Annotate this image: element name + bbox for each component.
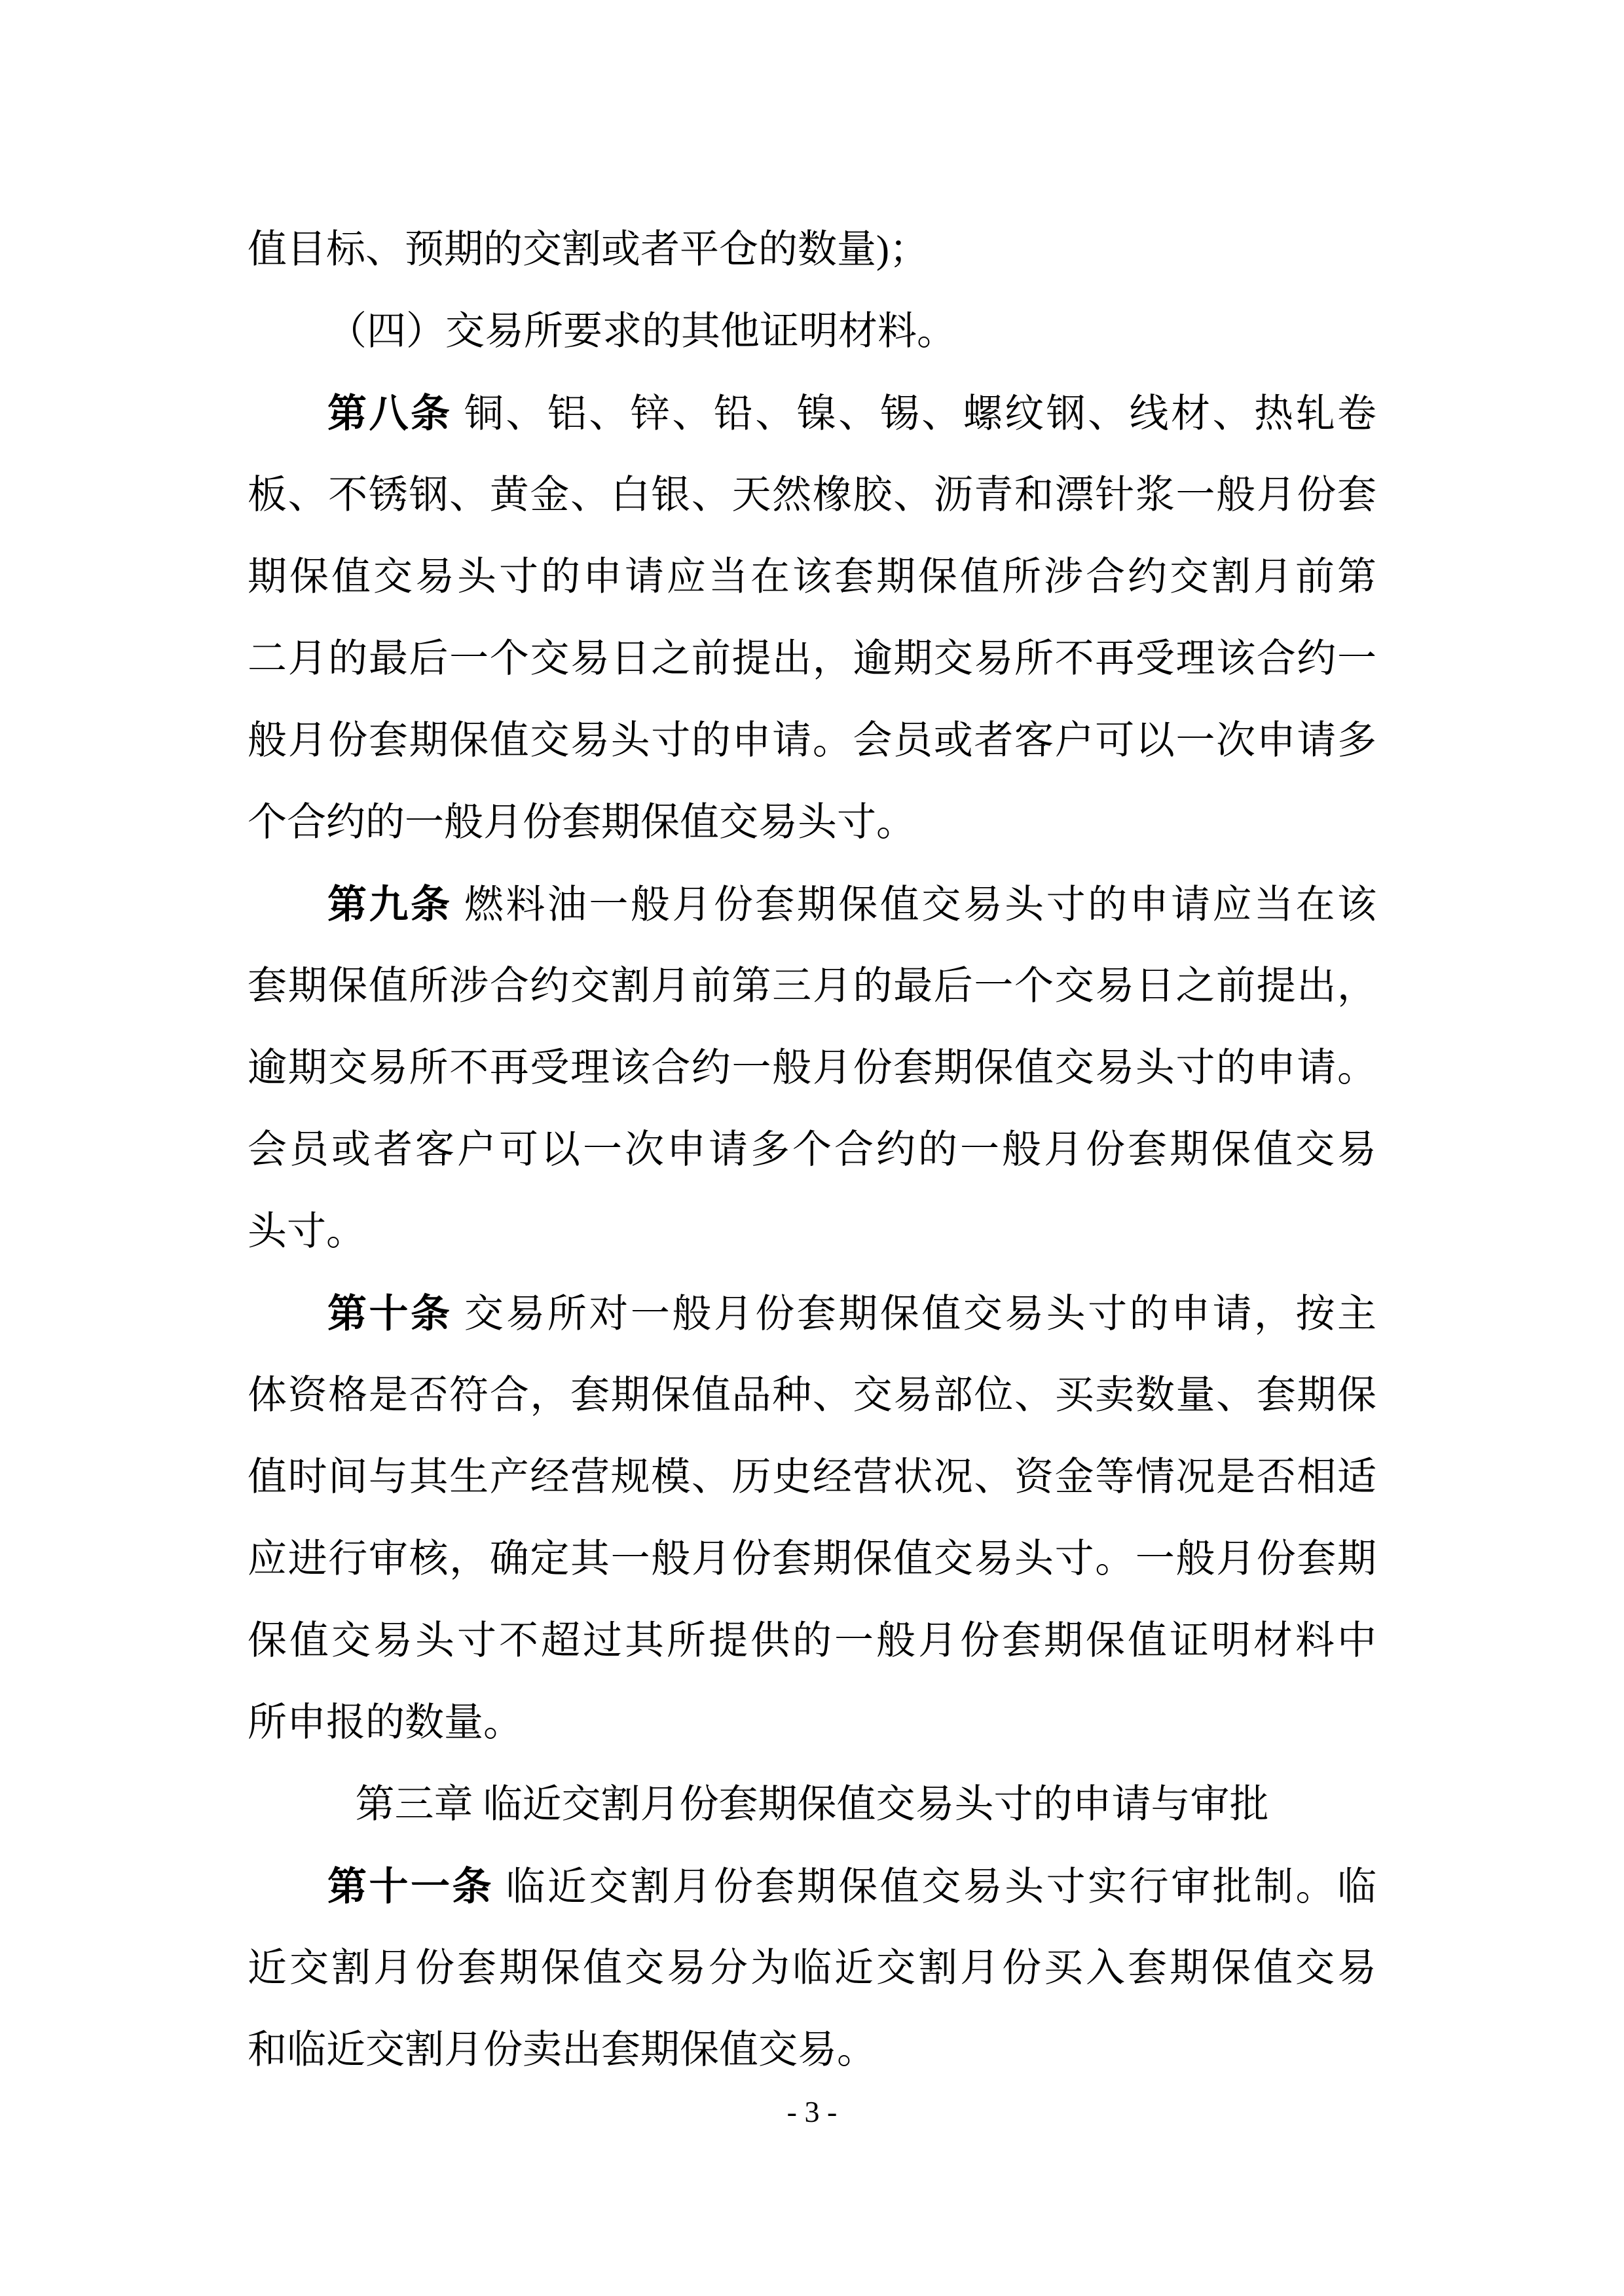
line-text: （四）交易所要求的其他证明材料。	[327, 310, 956, 353]
line-text: 般月份套期保值交易头寸的申请。会员或者客户可以一次申请多	[248, 719, 1376, 762]
text-line: 第三章 临近交割月份套期保值交易头寸的申请与审批	[248, 1764, 1376, 1846]
text-line: 近交割月份套期保值交易分为临近交割月份买入套期保值交易	[248, 1927, 1376, 2009]
line-text: 值时间与其生产经营规模、历史经营状况、资金等情况是否相适	[248, 1455, 1376, 1499]
line-text: 近交割月份套期保值交易分为临近交割月份买入套期保值交易	[248, 1946, 1376, 1990]
text-line: 第十条 交易所对一般月份套期保值交易头寸的申请，按主	[248, 1273, 1376, 1355]
article-number-bold: 第十一条	[327, 1865, 494, 1908]
document-body: 值目标、预期的交割或者平仓的数量)；（四）交易所要求的其他证明材料。第八条 铜、…	[248, 209, 1376, 2091]
line-text: 保值交易头寸不超过其所提供的一般月份套期保值证明材料中	[248, 1619, 1376, 1662]
line-text: 交易所对一般月份套期保值交易头寸的申请，按主	[452, 1292, 1376, 1336]
text-line: 保值交易头寸不超过其所提供的一般月份套期保值证明材料中	[248, 1600, 1376, 1682]
line-text: 二月的最后一个交易日之前提出，逾期交易所不再受理该合约一	[248, 637, 1376, 680]
text-line: 和临近交割月份卖出套期保值交易。	[248, 2009, 1376, 2091]
text-line: 期保值交易头寸的申请应当在该套期保值所涉合约交割月前第	[248, 536, 1376, 618]
line-text: 头寸。	[248, 1210, 365, 1253]
line-text: 会员或者客户可以一次申请多个合约的一般月份套期保值交易	[248, 1128, 1376, 1171]
text-line: 体资格是否符合，套期保值品种、交易部位、买卖数量、套期保	[248, 1355, 1376, 1436]
page-number: - 3 -	[0, 2095, 1624, 2129]
article-number-bold: 第九条	[327, 883, 452, 926]
text-line: 二月的最后一个交易日之前提出，逾期交易所不再受理该合约一	[248, 618, 1376, 700]
line-text: 套期保值所涉合约交割月前第三月的最后一个交易日之前提出，	[248, 964, 1376, 1008]
article-number-bold: 第十条	[327, 1292, 452, 1336]
text-line: 般月份套期保值交易头寸的申请。会员或者客户可以一次申请多	[248, 700, 1376, 782]
text-line: 所申报的数量。	[248, 1682, 1376, 1764]
line-text: 燃料油一般月份套期保值交易头寸的申请应当在该	[452, 883, 1376, 926]
text-line: 头寸。	[248, 1191, 1376, 1273]
text-line: 应进行审核，确定其一般月份套期保值交易头寸。一般月份套期	[248, 1518, 1376, 1600]
text-line: 逾期交易所不再受理该合约一般月份套期保值交易头寸的申请。	[248, 1027, 1376, 1109]
line-text: 第三章 临近交割月份套期保值交易头寸的申请与审批	[356, 1783, 1269, 1826]
text-line: 会员或者客户可以一次申请多个合约的一般月份套期保值交易	[248, 1109, 1376, 1191]
text-line: 板、不锈钢、黄金、白银、天然橡胶、沥青和漂针浆一般月份套	[248, 454, 1376, 536]
line-text: 板、不锈钢、黄金、白银、天然橡胶、沥青和漂针浆一般月份套	[248, 473, 1376, 517]
text-line: 值时间与其生产经营规模、历史经营状况、资金等情况是否相适	[248, 1436, 1376, 1518]
line-text: 临近交割月份套期保值交易头寸实行审批制。临	[494, 1865, 1376, 1908]
document-page: 值目标、预期的交割或者平仓的数量)；（四）交易所要求的其他证明材料。第八条 铜、…	[0, 0, 1624, 2296]
line-text: 所申报的数量。	[248, 1701, 523, 1744]
line-text: 个合约的一般月份套期保值交易头寸。	[248, 801, 915, 844]
line-text: 铜、铝、锌、铅、镍、锡、螺纹钢、线材、热轧卷	[452, 392, 1376, 435]
text-line: （四）交易所要求的其他证明材料。	[248, 291, 1376, 373]
line-text: 期保值交易头寸的申请应当在该套期保值所涉合约交割月前第	[248, 555, 1376, 598]
line-text: 逾期交易所不再受理该合约一般月份套期保值交易头寸的申请。	[248, 1046, 1376, 1089]
line-text: 值目标、预期的交割或者平仓的数量)；	[248, 228, 929, 271]
line-text: 体资格是否符合，套期保值品种、交易部位、买卖数量、套期保	[248, 1374, 1376, 1417]
article-number-bold: 第八条	[327, 392, 452, 435]
text-line: 第九条 燃料油一般月份套期保值交易头寸的申请应当在该	[248, 864, 1376, 945]
text-line: 第十一条 临近交割月份套期保值交易头寸实行审批制。临	[248, 1846, 1376, 1927]
text-line: 值目标、预期的交割或者平仓的数量)；	[248, 209, 1376, 291]
line-text: 和临近交割月份卖出套期保值交易。	[248, 2028, 876, 2071]
text-line: 个合约的一般月份套期保值交易头寸。	[248, 782, 1376, 864]
text-line: 第八条 铜、铝、锌、铅、镍、锡、螺纹钢、线材、热轧卷	[248, 373, 1376, 454]
line-text: 应进行审核，确定其一般月份套期保值交易头寸。一般月份套期	[248, 1537, 1376, 1580]
text-line: 套期保值所涉合约交割月前第三月的最后一个交易日之前提出，	[248, 945, 1376, 1027]
